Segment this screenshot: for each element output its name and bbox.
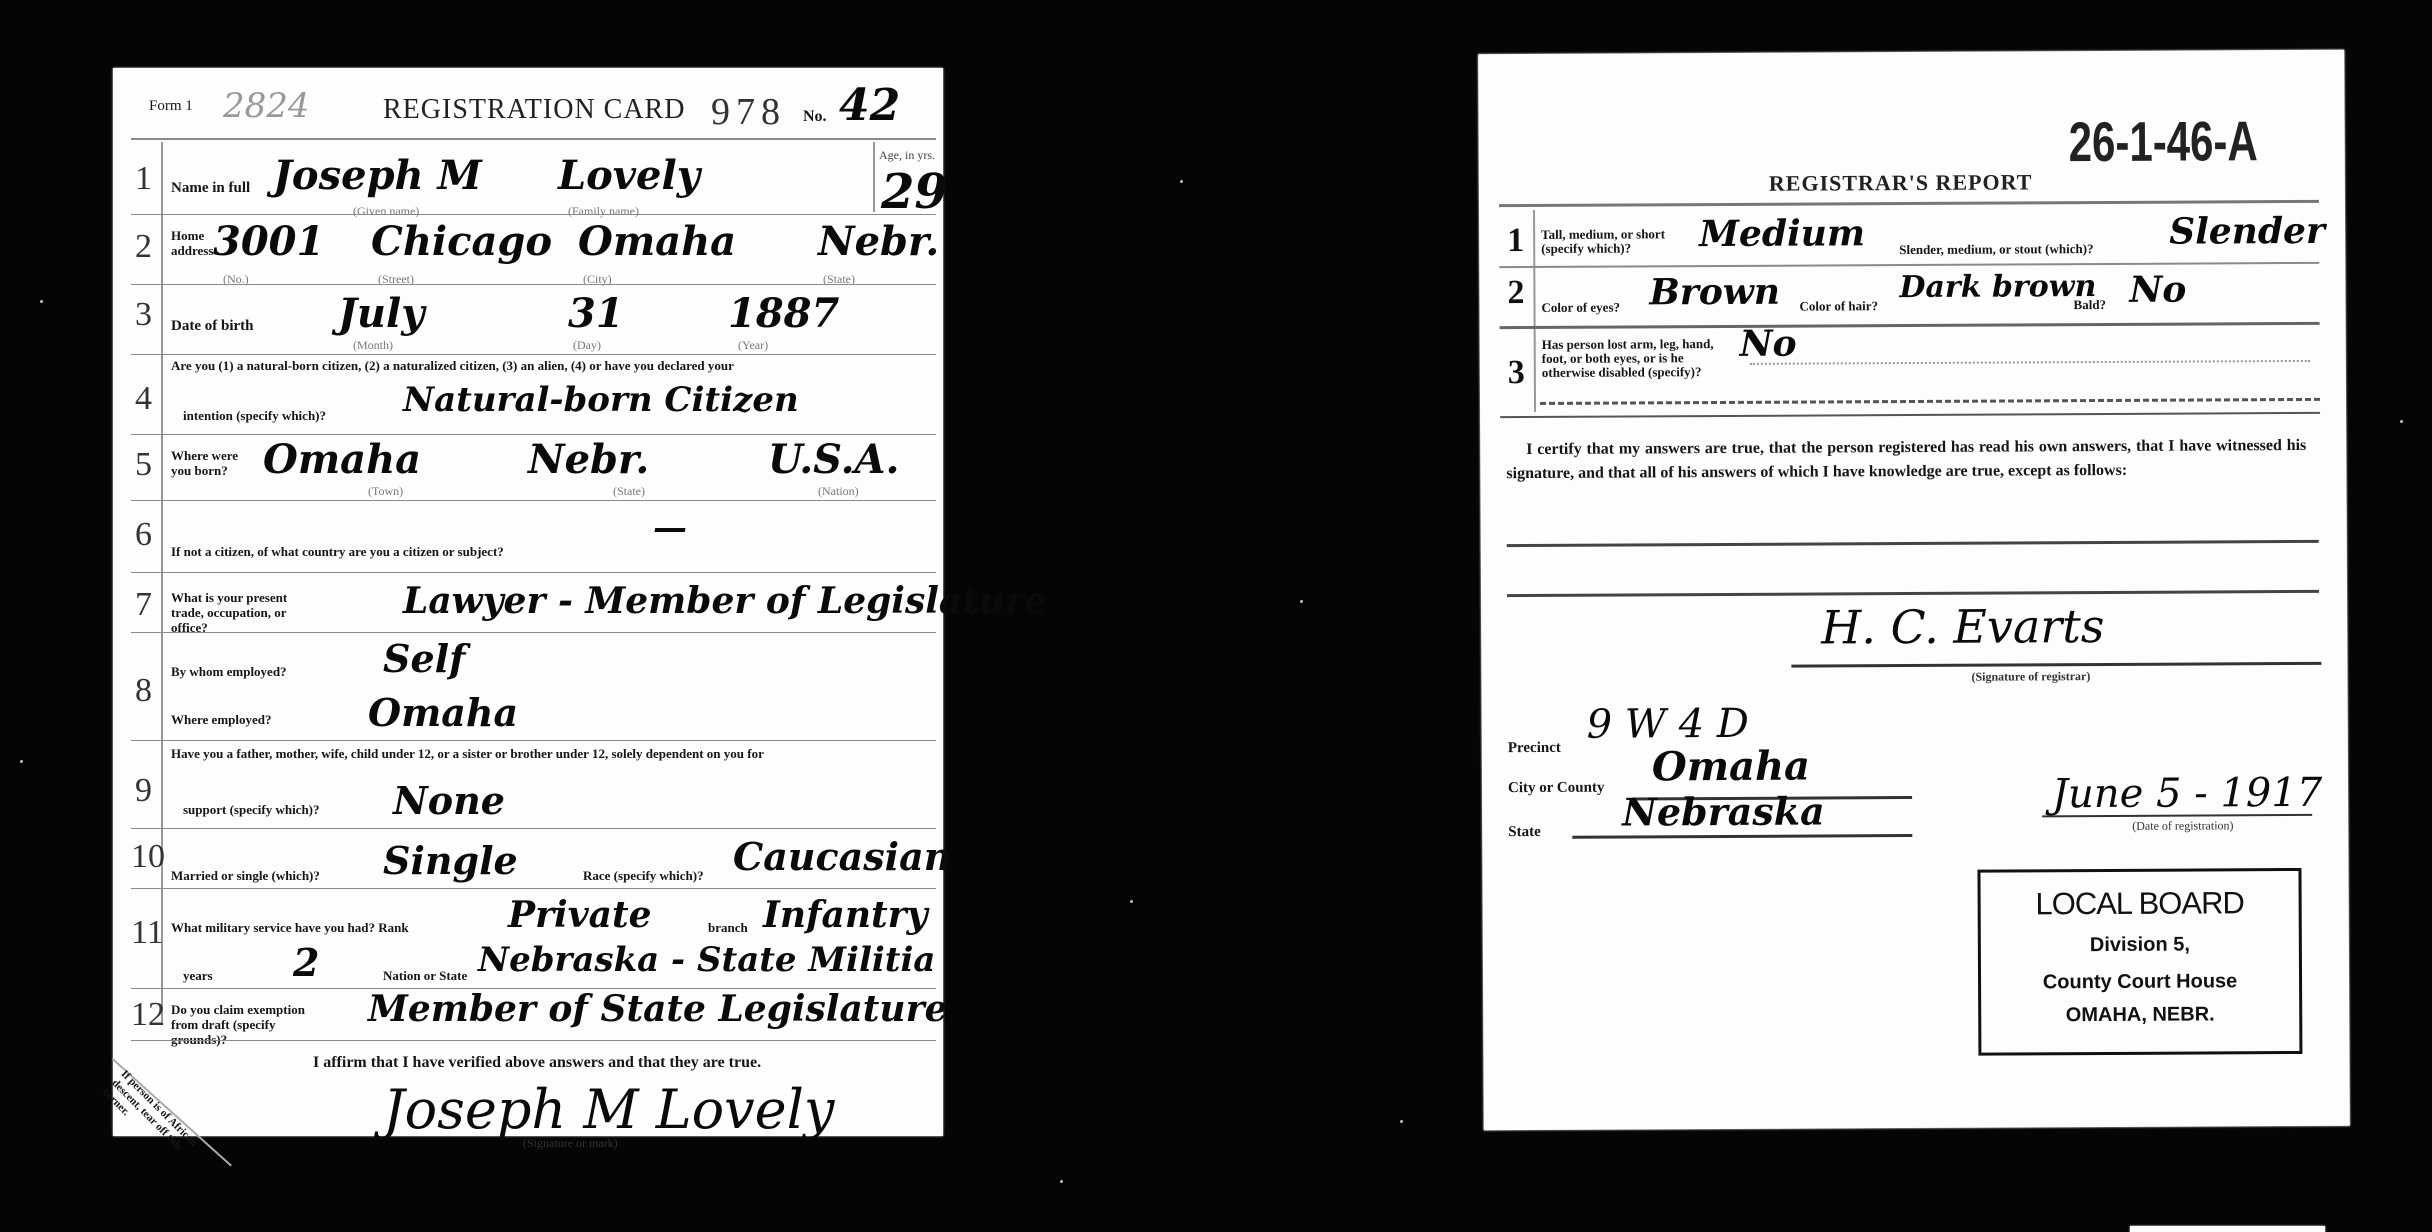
build-value: Slender: [2169, 210, 2325, 253]
film-speck: [20, 760, 23, 763]
divider: [131, 354, 936, 355]
age-rule: [873, 142, 875, 212]
given-name-value: Joseph M: [273, 152, 482, 199]
caption: (Month): [353, 338, 393, 353]
film-speck: [1130, 900, 1133, 903]
hair-color-value: Dark brown: [1899, 269, 2096, 305]
next-card-edge: [2130, 1226, 2325, 1232]
dob-label: Date of birth: [171, 318, 254, 335]
registrar-report-card: 26-1-46-A REGISTRAR'S REPORT 1 Tall, med…: [1478, 50, 2350, 1131]
caption: (Given name): [353, 204, 419, 219]
film-speck: [1180, 180, 1183, 183]
caption: (Day): [573, 338, 601, 353]
disability-value: No: [1740, 323, 1797, 365]
employment-place-value: Omaha: [368, 690, 518, 735]
city-value: Omaha: [1652, 743, 1810, 791]
exemption-value: Member of State Legislature: [368, 988, 947, 1030]
address-number: 3001: [213, 218, 324, 265]
nation-label: Nation or State: [383, 968, 467, 984]
row-number: 2: [135, 228, 152, 266]
birth-state: Nebr.: [528, 436, 649, 483]
caption: (Nation): [818, 484, 859, 499]
eye-color-value: Brown: [1649, 271, 1780, 314]
citizenship-question-cont: intention (specify which)?: [183, 408, 326, 424]
caption: (Family name): [568, 204, 639, 219]
stamp-line: LOCAL BOARD: [1981, 885, 2299, 923]
row-number: 10: [131, 838, 165, 876]
row-number: 9: [135, 772, 152, 810]
divider: [1499, 200, 2319, 207]
row-number: 3: [1508, 354, 1525, 392]
film-speck: [1300, 600, 1303, 603]
citizenship-value: Natural-born Citizen: [403, 380, 799, 420]
row-number: 2: [1507, 274, 1524, 312]
military-label: What military service have you had? Rank: [171, 920, 409, 936]
military-rank: Private: [508, 894, 652, 936]
certification-text: I certify that my answers are true, that…: [1506, 434, 2306, 486]
stamp-number: 978: [711, 90, 786, 134]
bald-value: No: [2129, 269, 2186, 311]
affirmation-text: I affirm that I have verified above answ…: [313, 1054, 761, 1072]
employment-place-label: Where employed?: [171, 712, 272, 728]
row-number: 6: [135, 516, 152, 554]
age-label: Age, in yrs.: [879, 148, 935, 163]
film-speck: [2400, 420, 2403, 423]
divider: [131, 888, 936, 889]
local-board-stamp: LOCAL BOARD Division 5, County Court Hou…: [1977, 868, 2302, 1056]
foreign-citizen-value: —: [653, 508, 687, 548]
row-number: 3: [135, 296, 152, 334]
divider: [131, 138, 936, 140]
birth-nation: U.S.A.: [768, 436, 899, 483]
precinct-label: Precinct: [1508, 740, 1561, 757]
divider: [1500, 322, 2320, 329]
row-number: 7: [135, 586, 152, 624]
disability-label: Has person lost arm, leg, hand, foot, or…: [1542, 337, 1732, 380]
card-title: REGISTRATION CARD: [383, 94, 685, 126]
answer-line: [1750, 360, 2310, 365]
stamp-line: Division 5,: [1981, 933, 2299, 958]
family-name-value: Lovely: [558, 152, 700, 199]
military-nation: Nebraska - State Militia: [478, 940, 935, 980]
divider: [131, 284, 936, 285]
employer-value: Self: [383, 636, 465, 681]
film-speck: [1060, 1180, 1063, 1183]
home-address-label: Home address: [171, 228, 211, 258]
caption: (State): [613, 484, 645, 499]
divider: [1500, 412, 2320, 418]
film-speck: [40, 300, 43, 303]
registrar-caption: (Signature of registrar): [1971, 669, 2090, 685]
divider: [1499, 262, 2319, 268]
state-label: State: [1508, 824, 1541, 841]
precinct-value: 9 W 4 D: [1587, 701, 1749, 748]
pencil-serial: 2824: [223, 86, 310, 126]
caption: (Town): [368, 484, 403, 499]
employer-label: By whom employed?: [171, 664, 287, 680]
age-value: 29: [881, 164, 948, 220]
occupation-label: What is your present trade, occupation, …: [171, 590, 311, 635]
foreign-citizen-label: If not a citizen, of what country are yo…: [171, 544, 504, 560]
dob-year: 1887: [728, 290, 839, 337]
column-rule: [161, 142, 163, 1022]
signature-caption: (Signature or mark): [523, 1136, 618, 1151]
column-rule: [1533, 210, 1536, 412]
registration-date: June 5 - 1917: [2052, 770, 2322, 817]
divider: [131, 632, 936, 633]
address-city: Omaha: [578, 218, 736, 265]
bald-label: Bald?: [2073, 297, 2106, 313]
form-label: Form 1: [149, 98, 193, 115]
registrar-signature: H. C. Evarts: [1821, 599, 2105, 654]
film-speck: [1400, 1120, 1403, 1123]
divider: [131, 828, 936, 829]
row-number: 4: [135, 380, 152, 418]
stamp-line: County Court House: [1981, 970, 2299, 995]
divider: [131, 500, 936, 501]
row-number: 8: [135, 672, 152, 710]
divider: [131, 1040, 936, 1041]
marital-value: Single: [383, 838, 518, 883]
exceptions-line: [1507, 540, 2319, 547]
date-line: [2042, 814, 2312, 817]
dob-month: July: [338, 290, 424, 337]
row-number: 1: [135, 160, 152, 198]
branch-label: branch: [708, 920, 748, 936]
exceptions-line: [1507, 590, 2319, 597]
registration-card: Form 1 2824 REGISTRATION CARD 978 No. 42…: [113, 68, 943, 1136]
divider: [131, 740, 936, 741]
military-branch: Infantry: [763, 894, 928, 936]
state-value: Nebraska: [1622, 788, 1825, 834]
state-line: [1572, 834, 1912, 839]
eye-color-label: Color of eyes?: [1541, 300, 1620, 316]
height-label: Tall, medium, or short (specify which)?: [1541, 227, 1691, 256]
row-number: 12: [131, 996, 165, 1034]
no-label: No.: [803, 108, 827, 126]
address-street: Chicago: [371, 218, 552, 265]
build-label: Slender, medium, or stout (which)?: [1899, 241, 2093, 258]
name-label: Name in full: [171, 180, 250, 197]
stamp-line: OMAHA, NEBR.: [1981, 1003, 2299, 1028]
citizenship-question: Are you (1) a natural-born citizen, (2) …: [171, 358, 734, 374]
row-number: 11: [131, 914, 164, 952]
dependents-question-cont: support (specify which)?: [183, 802, 320, 818]
race-value: Caucasian: [733, 834, 951, 879]
height-value: Medium: [1699, 212, 1865, 255]
row-number: 1: [1507, 222, 1524, 260]
row-number: 5: [135, 446, 152, 484]
military-years: 2: [293, 940, 319, 985]
city-label: City or County: [1508, 780, 1604, 798]
marital-label: Married or single (which)?: [171, 868, 320, 884]
address-state: Nebr.: [818, 218, 939, 265]
birthplace-label: Where were you born?: [171, 448, 251, 478]
date-caption: (Date of registration): [2132, 818, 2233, 834]
report-title: REGISTRAR'S REPORT: [1769, 169, 2033, 196]
report-code: 26-1-46-A: [2068, 108, 2257, 174]
divider: [131, 214, 936, 215]
signature-line: [1791, 662, 2321, 668]
years-label: years: [183, 968, 213, 984]
registrant-signature: Joseph M Lovely: [383, 1078, 834, 1141]
tear-off-note: If person is of African descent, tear of…: [99, 1068, 204, 1173]
divider: [131, 434, 936, 435]
divider: [131, 572, 936, 573]
hair-color-label: Color of hair?: [1799, 298, 1878, 314]
dob-day: 31: [568, 290, 624, 337]
birth-town: Omaha: [263, 436, 421, 483]
card-number: 42: [839, 80, 900, 131]
dependents-question: Have you a father, mother, wife, child u…: [171, 746, 764, 762]
answer-line: [1540, 398, 2320, 405]
dependents-value: None: [393, 778, 505, 823]
race-label: Race (specify which)?: [583, 868, 704, 884]
occupation-value: Lawyer - Member of Legislature: [403, 580, 1047, 622]
caption: (Year): [738, 338, 768, 353]
